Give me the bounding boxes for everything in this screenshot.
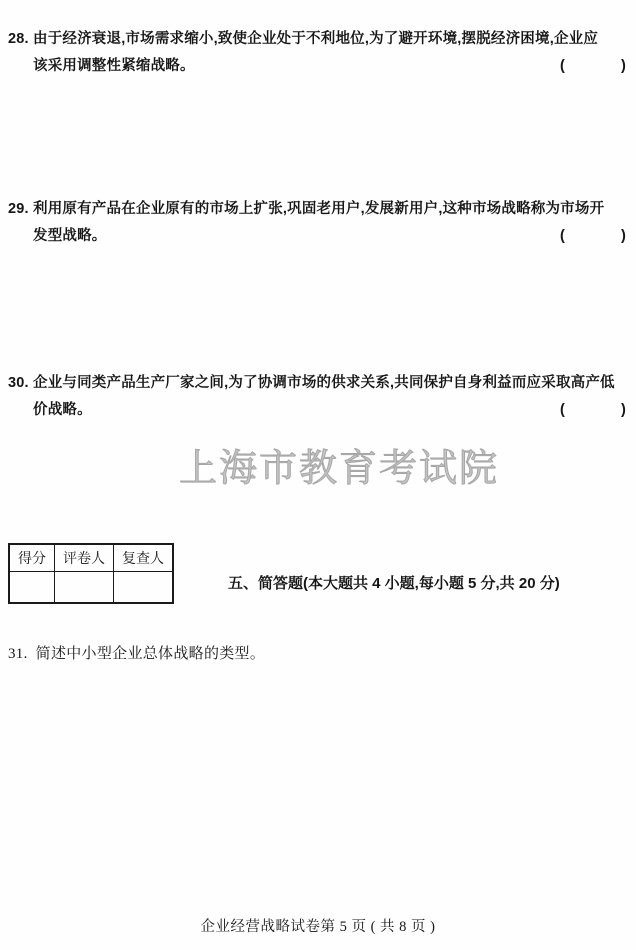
section-title-short-answer: 五、简答题(本大题共 4 小题,每小题 5 分,共 20 分) bbox=[228, 572, 560, 593]
score-header: 得分 bbox=[9, 544, 55, 572]
question-30-number: 30. bbox=[8, 370, 29, 397]
score-table: 得分 评卷人 复查人 bbox=[8, 543, 174, 604]
checker-header: 复查人 bbox=[114, 544, 174, 572]
question-28: 28. 由于经济衰退,市场需求缩小,致使企业处于不利地位,为了避开环境,摆脱经济… bbox=[8, 26, 628, 80]
paren-close: ) bbox=[621, 53, 626, 80]
answer-blank: ( ) bbox=[560, 223, 626, 250]
paren-open: ( bbox=[560, 53, 565, 80]
question-28-number: 28. bbox=[8, 26, 29, 53]
question-29-line2: 发型战略。 bbox=[33, 223, 628, 250]
question-30: 30. 企业与同类产品生产厂家之间,为了协调市场的供求关系,共同保护自身利益而应… bbox=[8, 370, 628, 424]
paren-close: ) bbox=[621, 397, 626, 424]
score-table-value-row bbox=[9, 572, 173, 604]
paren-open: ( bbox=[560, 223, 565, 250]
question-29: 29. 利用原有产品在企业原有的市场上扩张,巩固老用户,发展新用户,这种市场战略… bbox=[8, 196, 628, 250]
exam-paper-page: 28. 由于经济衰退,市场需求缩小,致使企业处于不利地位,为了避开环境,摆脱经济… bbox=[0, 0, 636, 950]
paren-close: ) bbox=[621, 223, 626, 250]
answer-blank: ( ) bbox=[560, 53, 626, 80]
score-cell bbox=[9, 572, 55, 604]
question-30-line1: 企业与同类产品生产厂家之间,为了协调市场的供求关系,共同保护自身利益而应采取高产… bbox=[33, 370, 628, 397]
checker-cell bbox=[114, 572, 174, 604]
question-28-line2: 该采用调整性紧缩战略。 bbox=[33, 53, 628, 80]
paren-open: ( bbox=[560, 397, 565, 424]
question-28-line1: 由于经济衰退,市场需求缩小,致使企业处于不利地位,为了避开环境,摆脱经济困境,企… bbox=[33, 26, 628, 53]
question-30-line2: 价战略。 bbox=[33, 397, 628, 424]
score-table-header-row: 得分 评卷人 复查人 bbox=[9, 544, 173, 572]
question-31: 31.简述中小型企业总体战略的类型。 bbox=[8, 642, 265, 663]
question-29-line1: 利用原有产品在企业原有的市场上扩张,巩固老用户,发展新用户,这种市场战略称为市场… bbox=[33, 196, 628, 223]
answer-blank: ( ) bbox=[560, 397, 626, 424]
page-footer: 企业经营战略试卷第 5 页 ( 共 8 页 ) bbox=[0, 915, 636, 936]
watermark-shanghai-exam-authority: 上海市教育考试院 bbox=[179, 449, 499, 491]
grader-header: 评卷人 bbox=[55, 544, 114, 572]
grader-cell bbox=[55, 572, 114, 604]
question-31-text: 简述中小型企业总体战略的类型。 bbox=[36, 646, 266, 662]
question-29-number: 29. bbox=[8, 196, 29, 223]
question-31-number: 31. bbox=[8, 646, 28, 662]
